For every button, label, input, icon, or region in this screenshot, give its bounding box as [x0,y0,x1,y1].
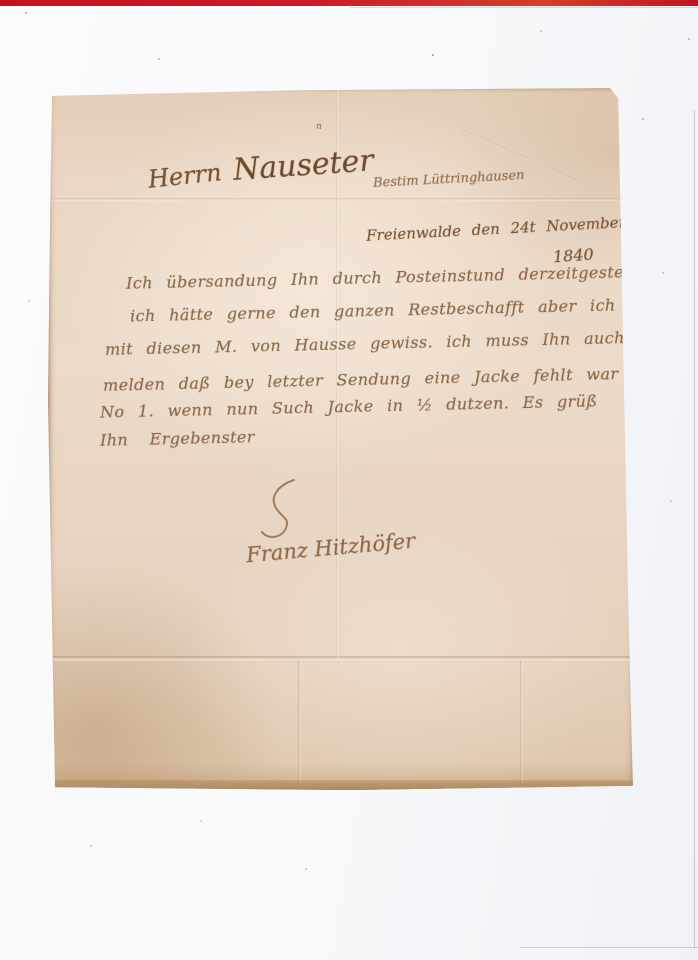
fold-crease-horizontal-upper [48,198,634,201]
dust-specks [0,0,2,2]
paper-bottom-edge [48,780,634,790]
dateline: Freienwalde den 24t November [366,213,626,245]
body-line-2: ich hätte gerne den ganzen Restbeschafft… [130,294,698,326]
destination-note: Bestim Lüttringhausen [373,168,525,191]
tiny-top-mark: n [316,122,322,132]
body-line-6: Ihn Ergebenster [100,427,255,450]
recipient-name: Nauseter [232,143,375,188]
fold-crease-horizontal-main [48,656,634,662]
fold-crease-vertical-lower-right [520,660,523,790]
fold-crease-vertical-lower-left [298,660,301,790]
body-line-4: melden daß bey letzter Sendung eine Jack… [103,364,619,395]
body-line-1: Ich übersandung Ihn durch Posteinstund d… [126,262,633,292]
body-line-5: No 1. wenn nun Such Jacke in ½ dutzen. E… [100,391,598,421]
letter-paper: n Herrn Nauseter Bestim Lüttringhausen F… [48,86,634,790]
scanner-artifact-line-top [350,7,698,8]
scanner-artifact-line-bottom [520,947,698,948]
scanner-artifact-line-right [694,110,695,948]
signature-paraph-flourish [256,478,306,544]
recipient-salutation: Herrn [147,158,223,194]
scan-edge-red-strip [0,0,698,6]
body-line-3: mit diesen M. von Hausse gewiss. ich mus… [105,328,625,359]
